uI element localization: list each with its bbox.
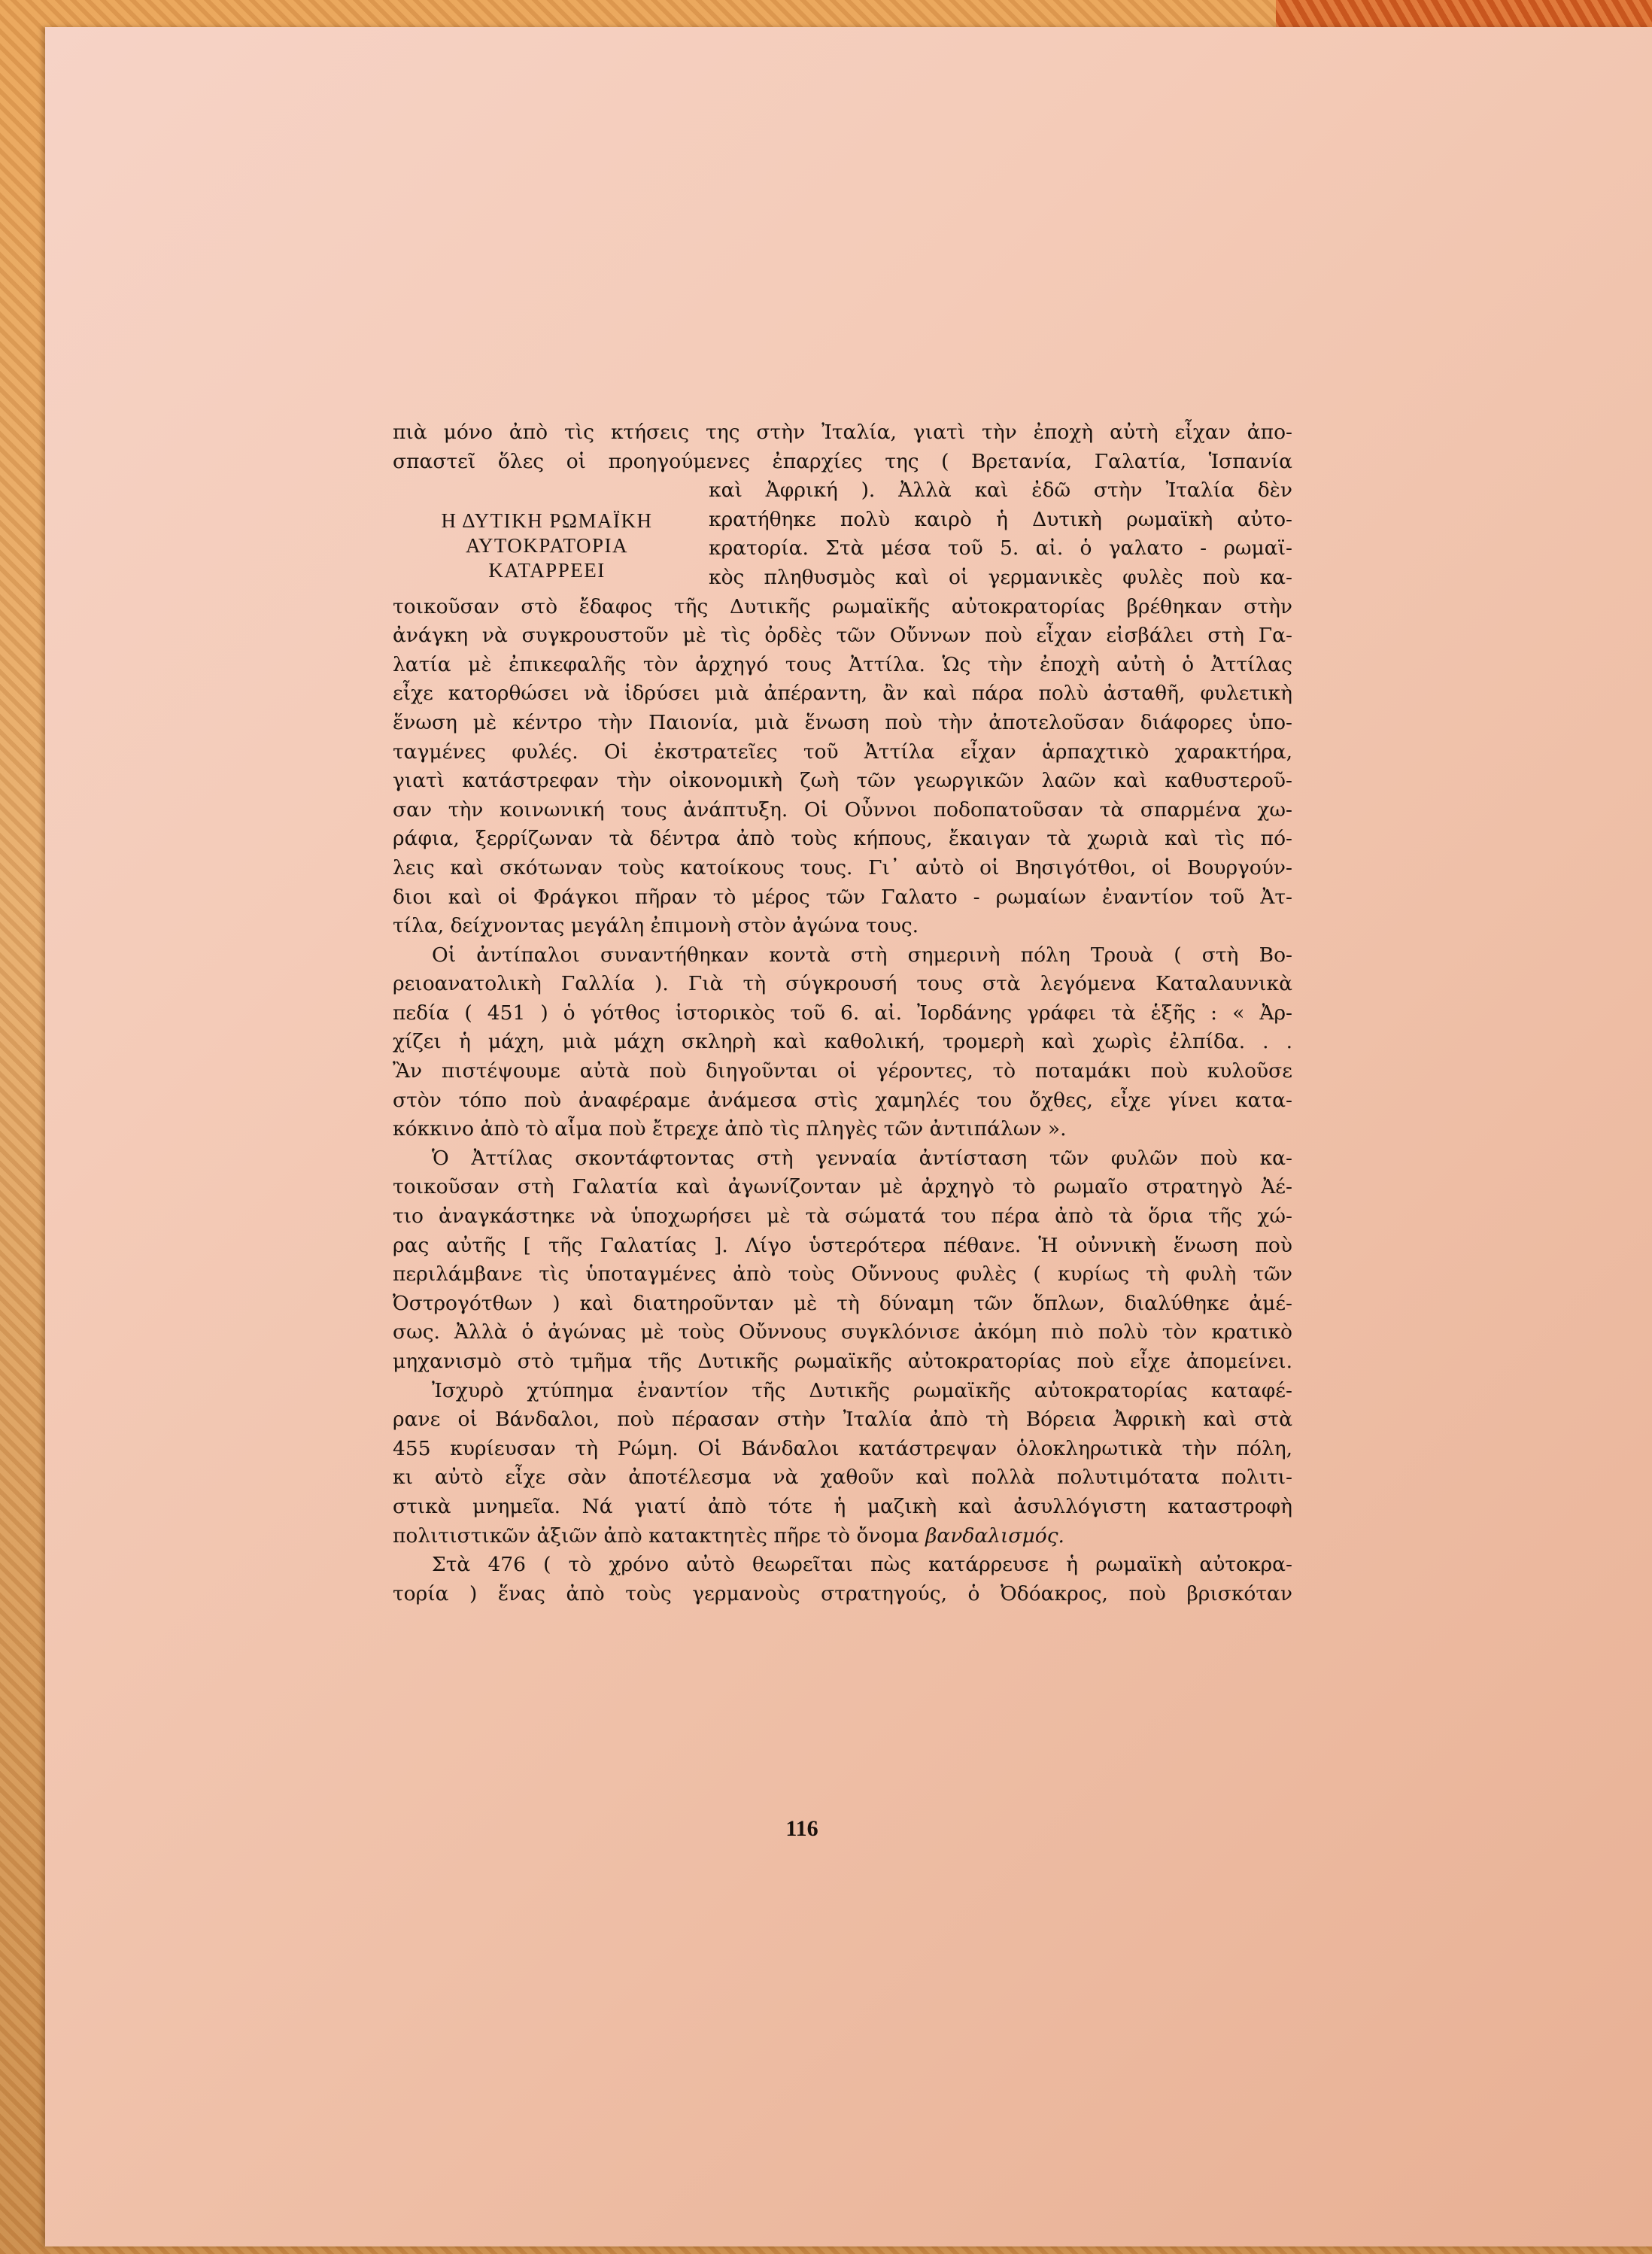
text-line: ἕνωση μὲ κέντρο τὴν Παιονία, μιὰ ἕνωση π… — [393, 709, 1292, 738]
heading-line-1: Η ΔΥΤΙΚΗ ΡΩΜΑΪΚΗ — [393, 509, 701, 533]
text-line: χίζει ἡ μάχη, μιὰ μάχη σκληρὴ καὶ καθολι… — [393, 1028, 1292, 1057]
text-line: γιατὶ κατάστρεφαν τὴν οἰκονομικὴ ζωὴ τῶν… — [393, 767, 1292, 796]
text-line: πιὰ μόνο ἀπὸ τὶς κτήσεις της στὴν Ἰταλία… — [393, 418, 1292, 448]
text-line: κόκκινο ἀπὸ τὸ αἷμα ποὺ ἔτρεχε ἀπὸ τὶς π… — [393, 1115, 1292, 1144]
page-number-value: 116 — [785, 1816, 818, 1842]
text-line: κὸς πληθυσμὸς καὶ οἱ γερμανικὲς φυλὲς πο… — [709, 563, 1292, 593]
text-line: λατία μὲ ἐπικεφαλῆς τὸν ἀρχηγό τους Ἀττί… — [393, 651, 1292, 680]
text-line: εἶχε κατορθώσει νὰ ἱδρύσει μιὰ ἀπέραντη,… — [393, 679, 1292, 709]
text-line: περιλάμβανε τὶς ὑποταγμένες ἀπὸ τοὺς Οὔν… — [393, 1260, 1292, 1290]
text-line: ταγμένες φυλές. Οἱ ἐκστρατεῖες τοῦ Ἀττίλ… — [393, 738, 1292, 767]
text-line: σπαστεῖ ὅλες οἱ προηγούμενες ἐπαρχίες τη… — [393, 448, 1292, 477]
text-line: ρας αὐτῆς [ τῆς Γαλατίας ]. Λίγο ὑστερότ… — [393, 1232, 1292, 1261]
text-line: πολιτιστικῶν ἀξιῶν ἀπὸ κατακτητὲς πῆρε τ… — [393, 1522, 1292, 1551]
text-line: τοικοῦσαν στὸ ἔδαφος τῆς Δυτικῆς ρωμαϊκῆ… — [393, 593, 1292, 622]
text-line: στικὰ μνημεῖα. Νά γιατί ἀπὸ τότε ἡ μαζικ… — [393, 1493, 1292, 1522]
text-line: ρειοανατολικὴ Γαλλία ). Γιὰ τὴ σύγκρουσή… — [393, 970, 1292, 999]
text-line: διοι καὶ οἱ Φράγκοι πῆραν τὸ μέρος τῶν Γ… — [393, 883, 1292, 913]
text-line: κι αὐτὸ εἶχε σὰν ἀποτέλεσμα νὰ χαθοῦν κα… — [393, 1463, 1292, 1493]
paragraph-start-line: Ἰσχυρὸ χτύπημα ἐναντίον τῆς Δυτικῆς ρωμα… — [393, 1377, 1292, 1406]
text-line: ἀνάγκη νὰ συγκρουστοῦν μὲ τὶς ὀρδὲς τῶν … — [393, 621, 1292, 651]
heading-line-2: ΑΥΤΟΚΡΑΤΟΡΙΑ — [393, 533, 701, 558]
text-line: σαν τὴν κοινωνική τους ἀνάπτυξη. Οἱ Οὖνν… — [393, 796, 1292, 825]
text-line: τιο ἀναγκάστηκε νὰ ὑποχωρήσει μὲ τὰ σώμα… — [393, 1202, 1292, 1232]
text-line: μηχανισμὸ στὸ τμῆμα τῆς Δυτικῆς ρωμαϊκῆς… — [393, 1347, 1292, 1377]
text-line: στὸν τόπο ποὺ ἀναφέραμε ἀνάμεσα στὶς χαμ… — [393, 1086, 1292, 1116]
page-number: 116 — [45, 1816, 1652, 1842]
book-page: Η ΔΥΤΙΚΗ ΡΩΜΑΪΚΗ ΑΥΤΟΚΡΑΤΟΡΙΑ ΚΑΤΑΡΡΕΕΙ … — [45, 27, 1652, 2246]
text-line: καὶ Ἀφρική ). Ἀλλὰ καὶ ἐδῶ στὴν Ἰταλία δ… — [709, 476, 1292, 506]
text-line: κρατήθηκε πολὺ καιρὸ ἡ Δυτικὴ ρωμαϊκὴ αὐ… — [709, 506, 1292, 535]
text-line: κρατορία. Στὰ μέσα τοῦ 5. αἰ. ὁ γαλατο -… — [709, 534, 1292, 563]
paragraph-start-line: Ὁ Ἀττίλας σκοντάφτοντας στὴ γενναία ἀντί… — [393, 1144, 1292, 1174]
text-line: Ὀστρογότθων ) καὶ διατηροῦνταν μὲ τὴ δύν… — [393, 1290, 1292, 1319]
text-line: σως. Ἀλλὰ ὁ ἀγώνας μὲ τοὺς Οὔννους συγκλ… — [393, 1318, 1292, 1347]
paragraph-start-line: Οἱ ἀντίπαλοι συναντήθηκαν κοντὰ στὴ σημε… — [393, 941, 1292, 971]
text-line: ράφια, ξερρίζωναν τὰ δέντρα ἀπὸ τοὺς κήπ… — [393, 825, 1292, 854]
italic-term: βανδαλισμός. — [925, 1524, 1064, 1548]
text-line: τίλα, δείχνοντας μεγάλη ἐπιμονὴ στὸν ἀγώ… — [393, 912, 1292, 941]
margin-section-heading: Η ΔΥΤΙΚΗ ΡΩΜΑΪΚΗ ΑΥΤΟΚΡΑΤΟΡΙΑ ΚΑΤΑΡΡΕΕΙ — [393, 509, 701, 583]
text-line: λεις καὶ σκότωναν τοὺς κατοίκους τους. Γ… — [393, 854, 1292, 883]
paragraph-start-line: Στὰ 476 ( τὸ χρόνο αὐτὸ θεωρεῖται πὼς κα… — [393, 1551, 1292, 1580]
text-line: 455 κυρίευσαν τὴ Ρώμη. Οἱ Βάνδαλοι κατάσ… — [393, 1435, 1292, 1464]
text-line: ρανε οἱ Βάνδαλοι, ποὺ πέρασαν στὴν Ἰταλί… — [393, 1405, 1292, 1435]
heading-line-3: ΚΑΤΑΡΡΕΕΙ — [393, 558, 701, 583]
text-line-body: πολιτιστικῶν ἀξιῶν ἀπὸ κατακτητὲς πῆρε τ… — [393, 1524, 919, 1548]
text-line: τορία ) ἕνας ἀπὸ τοὺς γερμανοὺς στρατηγο… — [393, 1580, 1292, 1609]
text-line: πεδία ( 451 ) ὁ γότθος ἱστορικὸς τοῦ 6. … — [393, 999, 1292, 1028]
page-body-text: Η ΔΥΤΙΚΗ ΡΩΜΑΪΚΗ ΑΥΤΟΚΡΑΤΟΡΙΑ ΚΑΤΑΡΡΕΕΙ … — [393, 418, 1292, 1608]
text-line: Ἂν πιστέψουμε αὐτὰ ποὺ διηγοῦνται οἱ γέρ… — [393, 1057, 1292, 1086]
text-line: τοικοῦσαν στὴ Γαλατία καὶ ἀγωνίζονταν μὲ… — [393, 1173, 1292, 1202]
